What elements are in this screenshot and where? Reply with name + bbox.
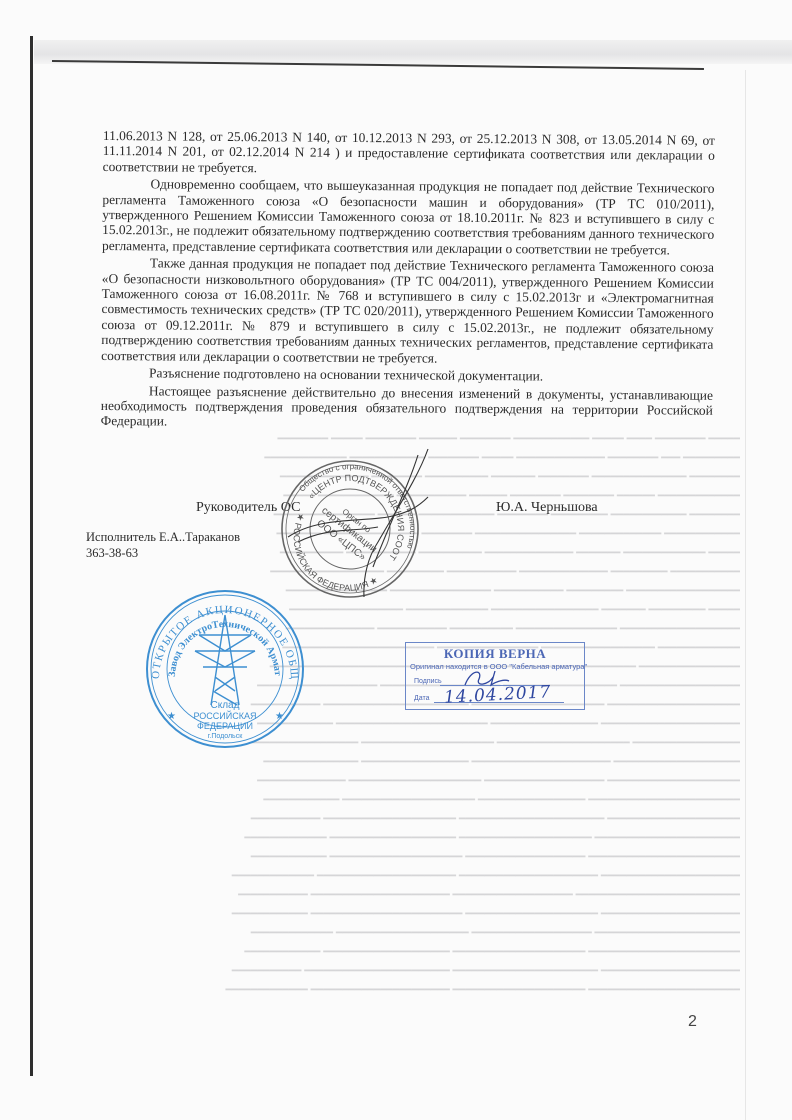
executor-block: Исполнитель Е.А..Тараканов 363-38-63 xyxy=(86,529,240,561)
paragraph-tr-ts-010: Одновременно сообщаем, что вышеуказанная… xyxy=(102,176,715,258)
svg-text:Склад: Склад xyxy=(211,700,240,711)
executor-name: Исполнитель Е.А..Тараканов xyxy=(86,529,240,545)
copy-stamp-date: 14.04.2017 xyxy=(444,682,552,708)
scan-edge-left xyxy=(30,36,33,1076)
signatory-name: Ю.А. Черньшова xyxy=(496,500,598,516)
svg-text:РОССИЙСКАЯ: РОССИЙСКАЯ xyxy=(194,710,257,721)
copy-stamp-heading: КОПИЯ ВЕРНА xyxy=(406,646,584,662)
copy-stamp-date-label: Дата xyxy=(414,695,430,702)
letter-body: 11.06.2013 N 128, от 25.06.2013 N 140, о… xyxy=(101,128,715,436)
page-number: 2 xyxy=(688,1013,697,1031)
svg-text:★: ★ xyxy=(275,711,284,722)
executor-phone: 363-38-63 xyxy=(86,545,240,561)
svg-text:★: ★ xyxy=(167,711,176,722)
copy-certified-stamp: КОПИЯ ВЕРНА Оригинал находится в ООО "Ка… xyxy=(405,642,585,710)
paragraph-tr-ts-004-020: Также данная продукция не попадает под д… xyxy=(101,255,714,368)
copy-stamp-signature-label: Подпись xyxy=(414,678,442,685)
svg-text:ФЕДЕРАЦИИ: ФЕДЕРАЦИИ xyxy=(197,721,253,731)
scan-edge-right xyxy=(745,70,746,1120)
paragraph-validity: Настоящее разъяснение действительно до в… xyxy=(101,382,713,433)
svg-text:г.Подольск: г.Подольск xyxy=(208,733,243,740)
paragraph-regulations-list: 11.06.2013 N 128, от 25.06.2013 N 140, о… xyxy=(103,128,715,179)
company-stamp: ОТКРЫТОЕ АКЦИОНЕРНОЕ ОБЩЕСТВО Завод Элек… xyxy=(143,587,308,752)
